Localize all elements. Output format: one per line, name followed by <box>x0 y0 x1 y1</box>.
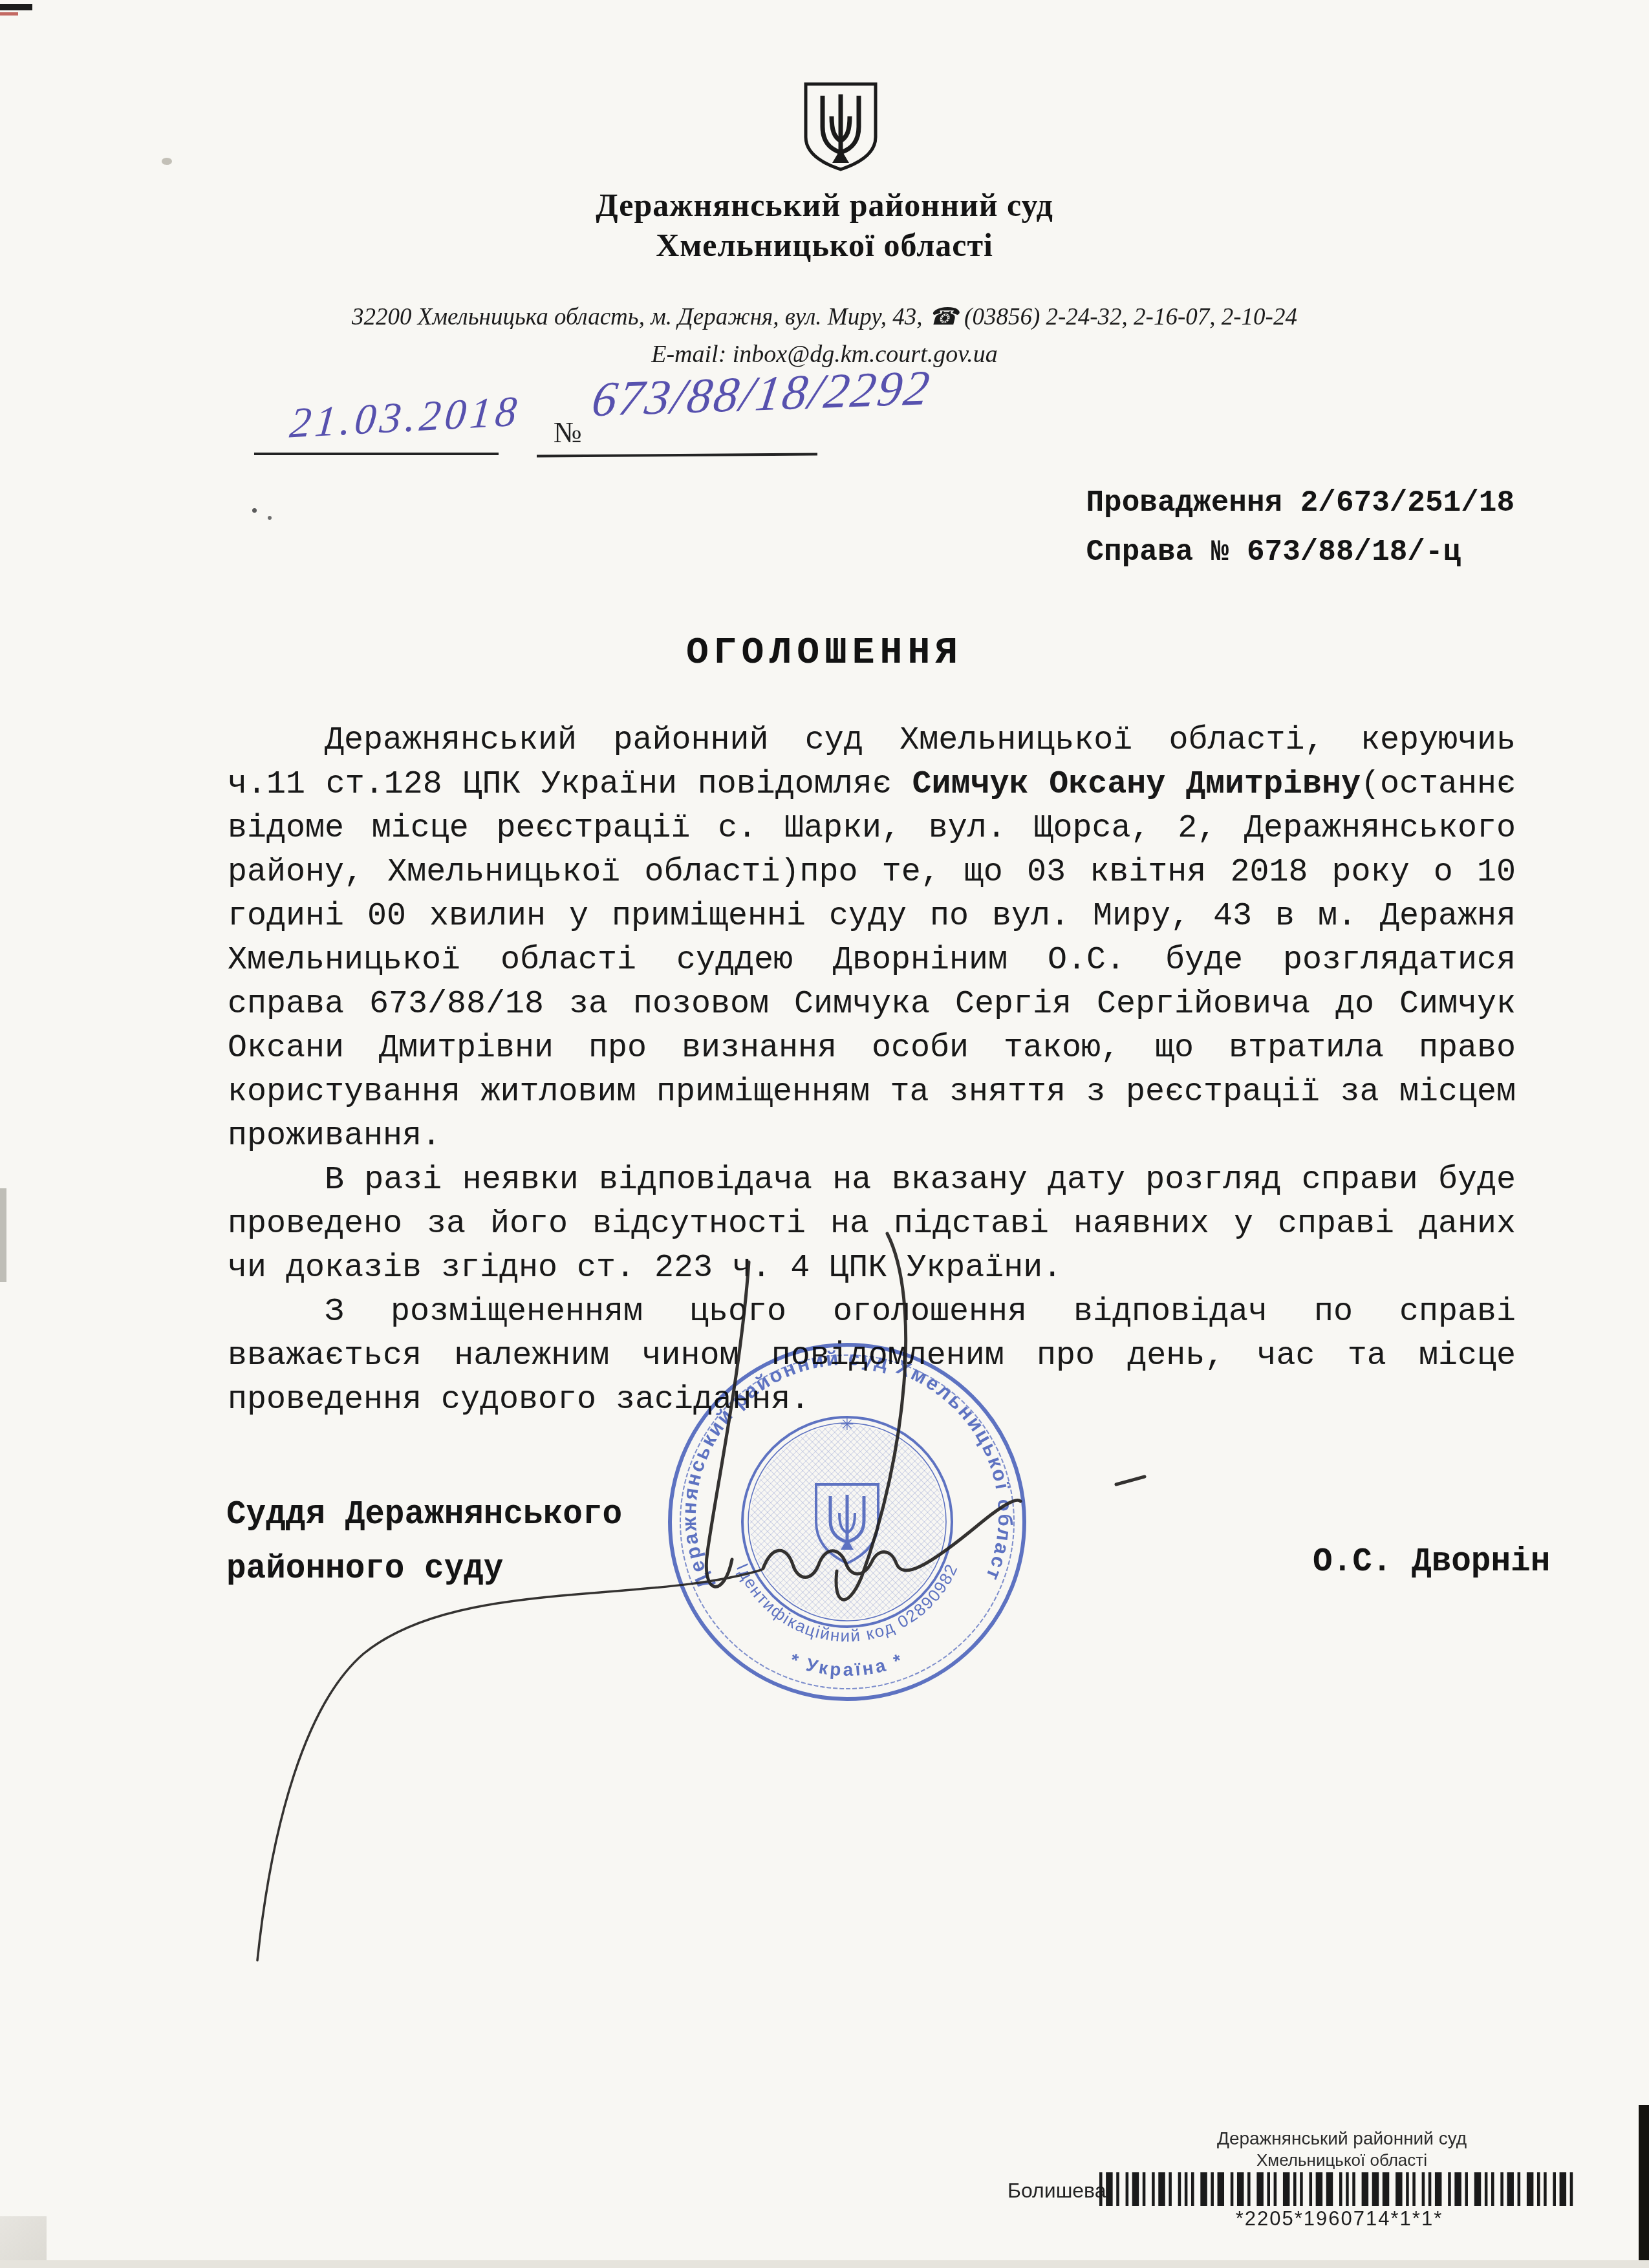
handwritten-date: 21.03.2018 <box>288 387 523 448</box>
scan-artifact-red-mark <box>0 12 18 16</box>
handwritten-outgoing-number: 673/88/18/2292 <box>588 360 934 429</box>
proceeding-number: Провадження 2/673/251/18 <box>1086 478 1514 528</box>
clerk-name: Болишева <box>1008 2179 1106 2203</box>
judge-title-block: Суддя Деражнянського районного суду <box>226 1488 622 1597</box>
scan-artifact-bottom-strip <box>0 2260 1649 2268</box>
barcode <box>1099 2172 1579 2206</box>
paragraph-1: Деражнянський районний суд Хмельницької … <box>228 719 1516 1159</box>
document-title: ОГОЛОШЕННЯ <box>0 632 1649 674</box>
svg-text:* Україна *: * Україна * <box>788 1649 907 1680</box>
scan-artifact-dot <box>252 508 257 513</box>
barcode-value: *2205*1960714*1*1* <box>1099 2207 1579 2231</box>
number-underline <box>537 453 817 457</box>
court-name-line-1: Деражнянський районний суд <box>0 186 1649 224</box>
number-sign: № <box>554 415 582 449</box>
judge-title-line-1: Суддя Деражнянського <box>226 1488 622 1543</box>
scan-artifact-left-edge <box>0 1188 6 1282</box>
paragraph-2: В разі неявки відповідача на вказану дат… <box>228 1159 1516 1290</box>
respondent-name-bold: Симчук Оксану Дмитрівну <box>912 766 1361 803</box>
scan-artifact-smudge <box>162 158 172 165</box>
scan-artifact-top-left <box>0 4 32 10</box>
footer-court-line-2: Хмельницької області <box>1099 2150 1584 2170</box>
announcement-body: Деражнянський районний суд Хмельницької … <box>228 719 1516 1422</box>
scan-artifact-dot <box>268 516 272 520</box>
stamp-star-icon: ✳ <box>840 1415 854 1434</box>
case-info-block: Провадження 2/673/251/18 Справа № 673/88… <box>1086 478 1514 577</box>
court-address: 32200 Хмельницька область, м. Деражня, в… <box>0 303 1649 331</box>
footer-court-line-1: Деражнянський районний суд <box>1099 2128 1584 2149</box>
paragraph-1-rest: (останнє відоме місце реєстрації с. Шарк… <box>228 766 1516 1155</box>
scan-artifact-right-edge <box>1639 2105 1649 2268</box>
court-seal-stamp: Деражнянський районний суд Хмельницької … <box>652 1327 1042 1717</box>
case-number: Справа № 673/88/18/-ц <box>1086 528 1514 577</box>
email-label: E-mail: <box>651 341 726 368</box>
stamp-country-text: * Україна * <box>788 1649 907 1680</box>
court-name-line-2: Хмельницької області <box>0 226 1649 264</box>
judge-title-line-2: районного суду <box>226 1543 622 1597</box>
ukraine-trident-emblem-icon <box>803 81 878 172</box>
scanned-court-document: Деражнянський районний суд Хмельницької … <box>0 0 1649 2268</box>
judge-name: О.С. Дворнін <box>1313 1544 1550 1581</box>
date-underline <box>254 453 499 455</box>
